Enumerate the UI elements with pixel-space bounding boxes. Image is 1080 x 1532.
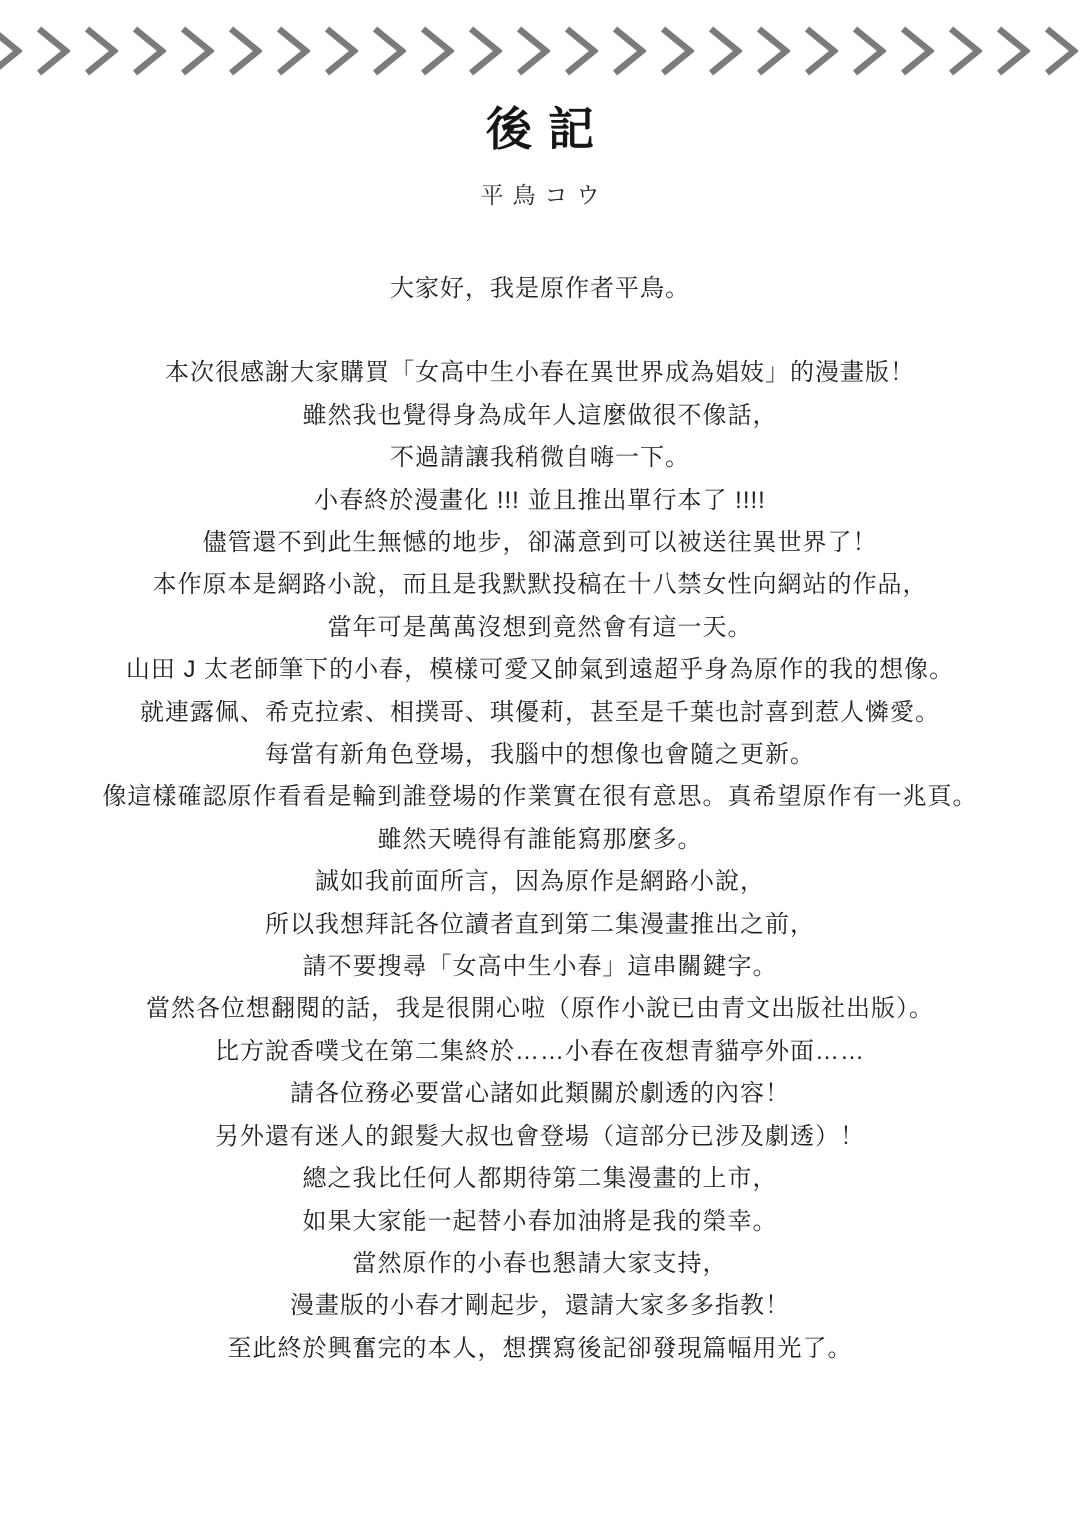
afterword-line: 本作原本是網路小說，而且是我默默投稿在十八禁女性向網站的作品， [0, 564, 1080, 606]
afterword-line: 像這樣確認原作看看是輪到誰登場的作業實在很有意思。真希望原作有一兆頁。 [0, 776, 1080, 818]
chevron-right-icon [84, 26, 118, 76]
chevron-right-icon [420, 26, 454, 76]
chevron-right-icon [228, 26, 262, 76]
chevron-right-icon [852, 26, 886, 76]
afterword-line: 儘管還不到此生無憾的地步，卻滿意到可以被送往異世界了！ [0, 522, 1080, 564]
afterword-text: 大家好，我是原作者平鳥。本次很感謝大家購買「女高中生小春在異世界成為娼妓」的漫畫… [0, 268, 1080, 1371]
chevron-right-icon [36, 26, 70, 76]
chevron-right-icon [708, 26, 742, 76]
afterword-line: 另外還有迷人的銀髮大叔也會登場（這部分已涉及劇透）！ [0, 1116, 1080, 1158]
chevron-right-icon [324, 26, 358, 76]
chevron-right-icon [516, 26, 550, 76]
chevron-divider [0, 0, 1080, 76]
chevron-right-icon [0, 26, 22, 76]
chevron-right-icon [276, 26, 310, 76]
chevron-right-icon [948, 26, 982, 76]
afterword-line: 所以我想拜託各位讀者直到第二集漫畫推出之前， [0, 904, 1080, 946]
chevron-right-icon [468, 26, 502, 76]
afterword-line: 誠如我前面所言，因為原作是網路小說， [0, 861, 1080, 903]
afterword-line: 請不要搜尋「女高中生小春」這串關鍵字。 [0, 946, 1080, 988]
chevron-right-icon [804, 26, 838, 76]
chevron-right-icon [756, 26, 790, 76]
chevron-right-icon [132, 26, 166, 76]
chevron-right-icon [564, 26, 598, 76]
chevron-right-icon [180, 26, 214, 76]
afterword-page: 後記 平鳥コウ 大家好，我是原作者平鳥。本次很感謝大家購買「女高中生小春在異世界… [0, 0, 1080, 1532]
afterword-line: 本次很感謝大家購買「女高中生小春在異世界成為娼妓」的漫畫版！ [0, 352, 1080, 394]
afterword-line: 山田 J 太老師筆下的小春，模樣可愛又帥氣到遠超乎身為原作的我的想像。 [0, 649, 1080, 691]
page-title: 後記 [0, 104, 1080, 155]
afterword-line: 比方說香噗戈在第二集終於……小春在夜想青貓亭外面…… [0, 1031, 1080, 1073]
afterword-line: 當年可是萬萬沒想到竟然會有這一天。 [0, 607, 1080, 649]
afterword-line: 大家好，我是原作者平鳥。 [0, 268, 1080, 310]
afterword-line: 當然原作的小春也懇請大家支持， [0, 1243, 1080, 1285]
afterword-line: 雖然天曉得有誰能寫那麼多。 [0, 819, 1080, 861]
afterword-line: 漫畫版的小春才剛起步，還請大家多多指教！ [0, 1285, 1080, 1327]
chevron-right-icon [372, 26, 406, 76]
chevron-right-icon [612, 26, 646, 76]
afterword-line: 雖然我也覺得身為成年人這麼做很不像話， [0, 395, 1080, 437]
afterword-line: 總之我比任何人都期待第二集漫畫的上市， [0, 1158, 1080, 1200]
afterword-line: 不過請讓我稍微自嗨一下。 [0, 437, 1080, 479]
afterword-line: 至此終於興奮完的本人，想撰寫後記卻發現篇幅用光了。 [0, 1328, 1080, 1370]
author-name: 平鳥コウ [0, 177, 1080, 210]
chevron-right-icon [900, 26, 934, 76]
afterword-line: 小春終於漫畫化 !!! 並且推出單行本了 !!!! [0, 480, 1080, 522]
afterword-line: 每當有新角色登場，我腦中的想像也會隨之更新。 [0, 734, 1080, 776]
afterword-line: 如果大家能一起替小春加油將是我的榮幸。 [0, 1201, 1080, 1243]
chevron-right-icon [660, 26, 694, 76]
afterword-line [0, 310, 1080, 352]
afterword-line: 當然各位想翻閱的話，我是很開心啦（原作小說已由青文出版社出版）。 [0, 988, 1080, 1030]
afterword-line: 請各位務必要當心諸如此類關於劇透的內容！ [0, 1073, 1080, 1115]
chevron-right-icon [996, 26, 1030, 76]
chevron-right-icon [1044, 26, 1078, 76]
afterword-line: 就連露佩、希克拉索、相撲哥、琪優莉，甚至是千葉也討喜到惹人憐愛。 [0, 692, 1080, 734]
